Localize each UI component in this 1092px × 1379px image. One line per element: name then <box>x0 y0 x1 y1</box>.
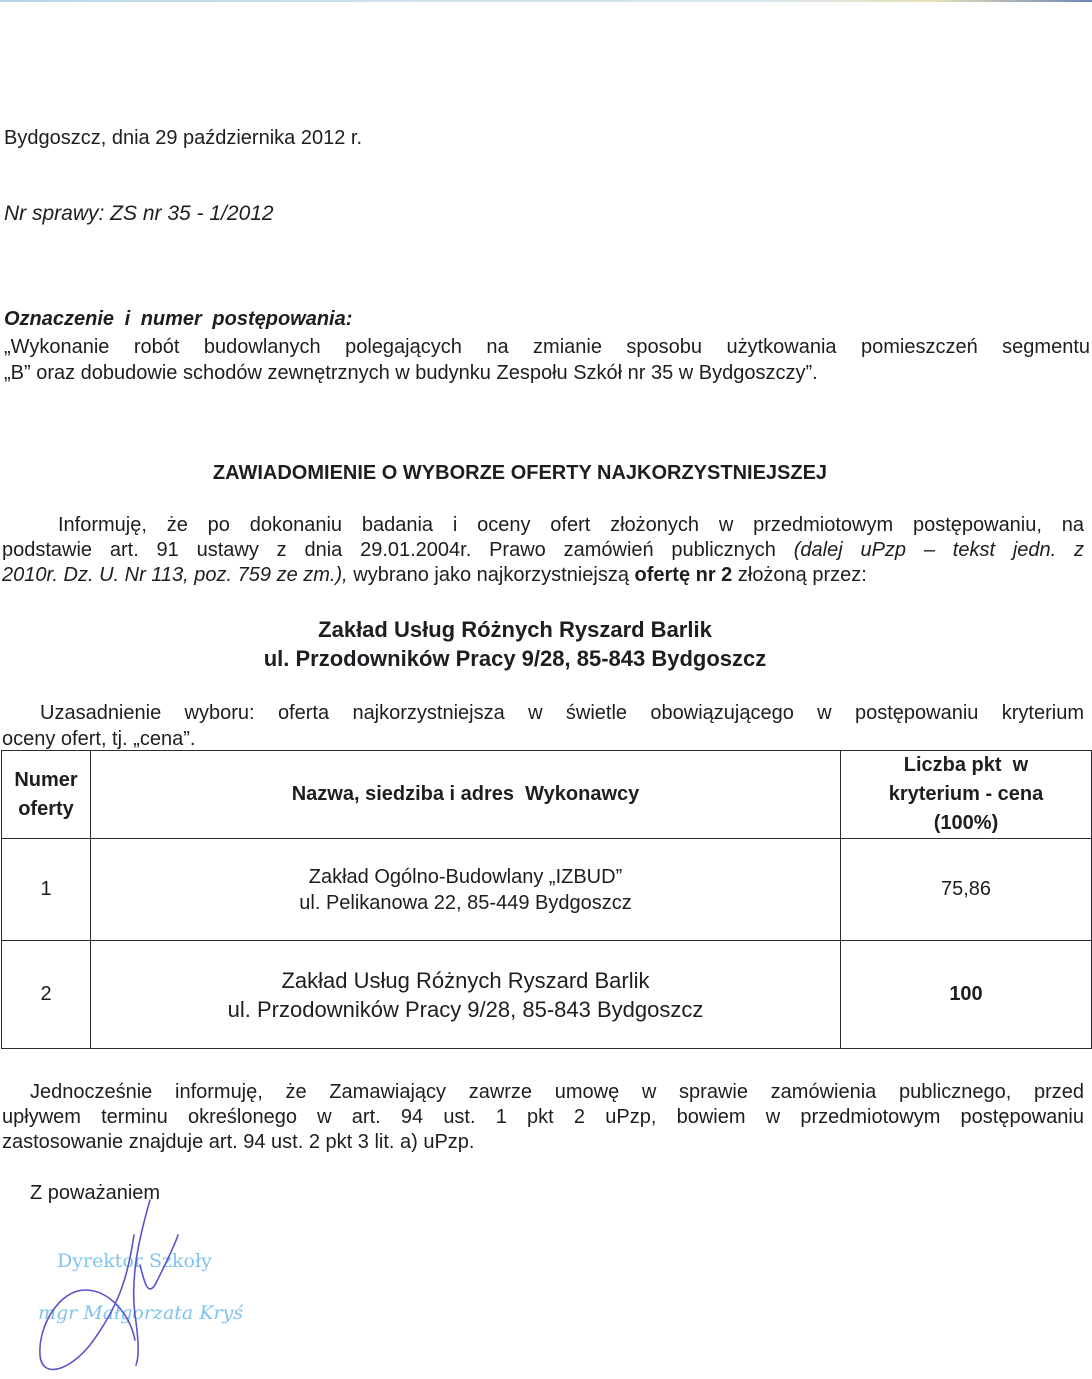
winner-address: ul. Przodowników Pracy 9/28, 85-843 Bydg… <box>0 644 1030 673</box>
contractor-address: ul. Przodowników Pracy 9/28, 85-843 Bydg… <box>228 997 704 1022</box>
offer-points: 75,86 <box>841 839 1092 941</box>
header-points-l2: kryterium - cena <box>889 783 1044 805</box>
notice-line1: Informuję, że po dokonaniu badania i oce… <box>2 513 1084 538</box>
procedure-subject-line2: „B” oraz dobudowie schodów zewnętrznych … <box>4 362 818 384</box>
notice-line2-text: podstawie art. 91 ustawy z dnia 29.01.20… <box>2 539 794 561</box>
closing-line1: Jednocześnie informuję, że Zamawiający z… <box>2 1080 1084 1105</box>
closing-line2: upływem terminu określonego w art. 94 us… <box>2 1105 1084 1130</box>
notice-line3-italic: 2010r. Dz. U. Nr 113, poz. 759 ze zm.), <box>2 564 348 586</box>
contractor-address: ul. Pelikanowa 22, 85-449 Bydgoszcz <box>299 892 631 914</box>
offers-table: Numer oferty Nazwa, siedziba i adres Wyk… <box>1 750 1092 1049</box>
closing-paragraph: Jednocześnie informuję, że Zamawiający z… <box>2 1080 1084 1155</box>
header-offer-number-l2: oferty <box>18 798 74 820</box>
selected-offer: ofertę nr 2 <box>635 564 733 586</box>
notice-line3-end: złożoną przez: <box>732 564 867 586</box>
justification: Uzasadnienie wyboru: oferta najkorzystni… <box>2 700 1084 752</box>
closing-line3: zastosowanie znajduje art. 94 ust. 2 pkt… <box>2 1131 474 1153</box>
winner-name: Zakład Usług Różnych Ryszard Barlik <box>0 615 1030 644</box>
offer-number: 1 <box>2 839 91 941</box>
winner-block: Zakład Usług Różnych Ryszard Barlik ul. … <box>0 615 1030 673</box>
offer-contractor: Zakład Ogólno-Budowlany „IZBUD” ul. Peli… <box>91 839 841 941</box>
offer-contractor: Zakład Usług Różnych Ryszard Barlik ul. … <box>91 941 841 1049</box>
notice-line3-text: wybrano jako najkorzystniejszą <box>348 564 635 586</box>
procedure-label: Oznaczenie i numer postępowania: <box>4 308 352 331</box>
contractor-name: Zakład Ogólno-Budowlany „IZBUD” <box>309 866 622 888</box>
notice-paragraph: Informuję, że po dokonaniu badania i oce… <box>2 513 1084 588</box>
date-line: Bydgoszcz, dnia 29 października 2012 r. <box>4 127 362 150</box>
table-header-row: Numer oferty Nazwa, siedziba i adres Wyk… <box>2 751 1092 839</box>
offer-points: 100 <box>841 941 1092 1049</box>
justification-line1: Uzasadnienie wyboru: oferta najkorzystni… <box>2 700 1084 726</box>
case-number: Nr sprawy: ZS nr 35 - 1/2012 <box>4 202 274 226</box>
header-contractor: Nazwa, siedziba i adres Wykonawcy <box>91 751 841 839</box>
justification-line2: oceny ofert, tj. „cena”. <box>2 728 195 750</box>
notice-line2-italic: (dalej uPzp – tekst jedn. z <box>794 539 1084 561</box>
header-points: Liczba pkt w kryterium - cena (100%) <box>841 751 1092 839</box>
header-points-l1: Liczba pkt w <box>904 754 1028 776</box>
header-offer-number-l1: Numer <box>14 769 77 791</box>
table-row: 1 Zakład Ogólno-Budowlany „IZBUD” ul. Pe… <box>2 839 1092 941</box>
notice-line2: podstawie art. 91 ustawy z dnia 29.01.20… <box>2 538 1084 563</box>
scan-top-edge <box>0 0 1092 2</box>
notice-line3: 2010r. Dz. U. Nr 113, poz. 759 ze zm.), … <box>2 564 867 586</box>
offer-number: 2 <box>2 941 91 1049</box>
procedure-subject-line1: „Wykonanie robót budowlanych polegającyc… <box>4 334 1090 360</box>
header-offer-number: Numer oferty <box>2 751 91 839</box>
table-row: 2 Zakład Usług Różnych Ryszard Barlik ul… <box>2 941 1092 1049</box>
notice-title: ZAWIADOMIENIE O WYBORZE OFERTY NAJKORZYS… <box>0 462 1040 485</box>
contractor-name: Zakład Usług Różnych Ryszard Barlik <box>281 968 649 993</box>
procedure-subject: „Wykonanie robót budowlanych polegającyc… <box>4 334 1090 386</box>
header-points-l3: (100%) <box>934 812 998 834</box>
handwritten-signature-icon <box>30 1195 190 1375</box>
